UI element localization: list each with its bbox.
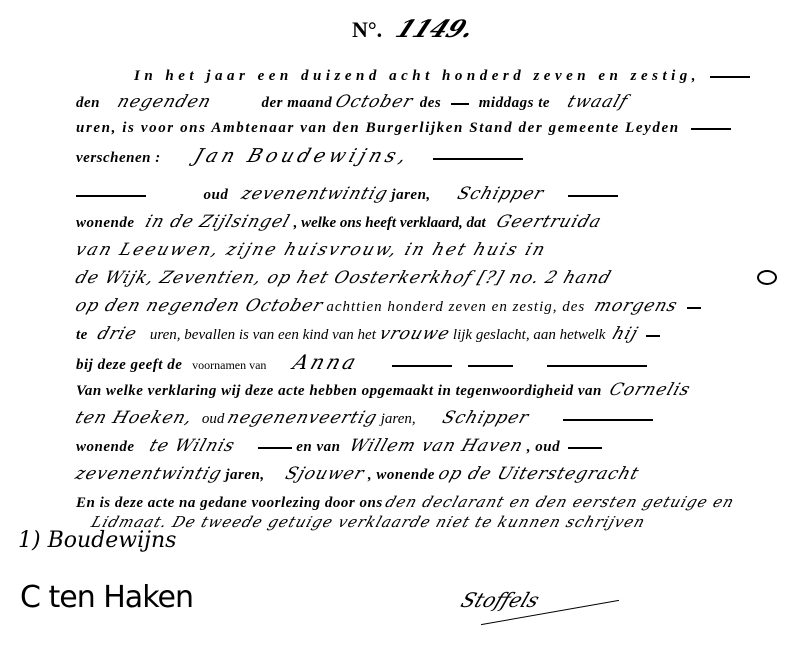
fill-line [710,76,750,78]
text-line-5: oud zevenentwintig jaren, Schipper [76,184,618,205]
printed-text: en van [296,439,340,455]
circled-footnote-mark [757,270,777,285]
printed-text: jaren, [391,187,430,203]
handwritten-mother-name: Geertruida [494,212,605,232]
handwritten-hour: twaalf [565,92,631,112]
printed-text: , oud [527,439,560,455]
fill-line [433,158,523,160]
handwritten-occupation: Schipper [455,184,547,204]
text-line-11: bij deze geeft de voornamen van Anna [76,352,647,375]
text-line-15: zevenentwintig jaren, Sjouwer , wonende … [76,464,638,485]
text-line-4: verschenen : Jan Boudewijns, [76,146,523,168]
handwritten-day: negenden [115,92,251,112]
handwritten-witness-2-occupation: Sjouwer [283,464,367,484]
official-signature: Stoffels [458,588,543,612]
handwritten-residence: in de Zijlsingel [143,212,293,232]
fill-line [547,365,647,367]
text-line-9: op den negenden October achttien honderd… [76,296,701,317]
handwritten-text: de Wijk, Zeventien, op het Oosterkerkhof… [73,268,614,288]
text-line-1: In het jaar een duizend acht honderd zev… [134,66,750,86]
handwritten-month: October [333,92,419,112]
text-line-2: den negenden der maand October des midda… [76,92,627,113]
text-line-3: uren, is voor ons Ambtenaar van den Burg… [76,118,731,138]
printed-text: wonende [76,215,135,231]
handwritten-witness-1-age: negenenveertig [225,408,380,428]
handwritten-pronoun: hij [610,324,641,344]
fill-line [258,447,292,449]
text-line-7: van Leeuwen, zijne huisvrouw, in het hui… [76,240,546,261]
certificate-number: N°. 1149. [352,14,473,43]
handwritten-witness-2-name: Willem van Haven [347,436,526,456]
handwritten-witness-1-residence: te Wilnis [147,436,238,456]
fill-line [691,128,731,130]
handwritten-witness-2-residence: op de Uiterstegracht [435,464,641,484]
text-line-6: wonende in de Zijlsingel , welke ons hee… [76,212,602,233]
printed-text: verschenen : [76,150,161,166]
fill-line [468,365,513,367]
fill-line [646,335,660,337]
fill-line [563,419,653,421]
printed-text: uren, is voor ons Ambtenaar van den Burg… [76,120,680,136]
handwritten-witness-1-first-name: Cornelis [606,380,692,400]
printed-text: , wonende [368,467,435,483]
handwritten-time-of-day: morgens [592,296,681,316]
text-line-14: wonende te Wilnis en van Willem van Have… [76,436,602,457]
printed-text: Van welke verklaring wij deze acte hebbe… [76,383,602,399]
handwritten-age: zevenentwintig [239,184,391,204]
printed-text: bij deze geeft de [76,357,182,373]
printed-text: oud [202,411,225,427]
printed-text: jaren, [381,411,416,427]
printed-text: achttien honderd zeven en zestig, des [326,299,585,315]
handwritten-birth-date: op den negenden October [73,296,326,316]
margin-note-signature: C ten Haken [20,580,193,615]
fill-line [568,447,602,449]
handwritten-child-name: Anna [291,352,362,372]
handwritten-birth-hour: drie [94,324,139,344]
printed-text: lijk geslacht, aan hetwelk [453,327,605,343]
printed-text: voornamen van [192,358,266,372]
margin-note-line-1: 1) Boudewijns [18,528,176,553]
handwritten-sex: vrouwe [376,324,452,344]
printed-text: des [420,95,442,111]
printed-text: der maand [262,95,333,111]
printed-text: uren, bevallen is van een kind van het [150,327,376,343]
number-label: N°. [352,17,382,42]
printed-text: te [76,327,88,343]
text-line-8: de Wijk, Zeventien, op het Oosterkerkhof… [76,268,611,289]
handwritten-witness-1-occupation: Schipper [440,408,532,428]
printed-text: oud [204,187,229,203]
fill-line [76,195,146,197]
printed-text: wonende [76,439,135,455]
handwritten-witness-2-age: zevenentwintig [73,464,225,484]
text-line-16: En is deze acte na gedane voorlezing doo… [76,492,734,513]
handwritten-declarant-name: Jan Boudewijns, [191,146,412,166]
number-value: 1149. [391,14,480,43]
handwritten-text: van Leeuwen, zijne huisvrouw, in het hui… [73,240,550,260]
handwritten-signing-clause: den declarant en den eersten getuige en [383,492,738,512]
printed-text: En is deze acte na gedane voorlezing doo… [76,495,383,511]
fill-line [687,307,701,309]
printed-text: den [76,95,100,111]
text-line-10: te drie uren, bevallen is van een kind v… [76,324,660,345]
printed-text: In het jaar een duizend acht honderd zev… [134,68,700,84]
printed-text: , welke ons heeft verklaard, dat [294,215,486,231]
text-line-13: ten Hoeken, oud negenenveertig jaren, Sc… [76,408,653,429]
fill-line [392,365,452,367]
text-line-12: Van welke verklaring wij deze acte hebbe… [76,380,690,401]
printed-text: middags te [479,95,550,111]
fill-line [568,195,618,197]
handwritten-witness-1-surname: ten Hoeken, [73,408,196,428]
fill-line [451,103,469,105]
printed-text: jaren, [225,467,264,483]
